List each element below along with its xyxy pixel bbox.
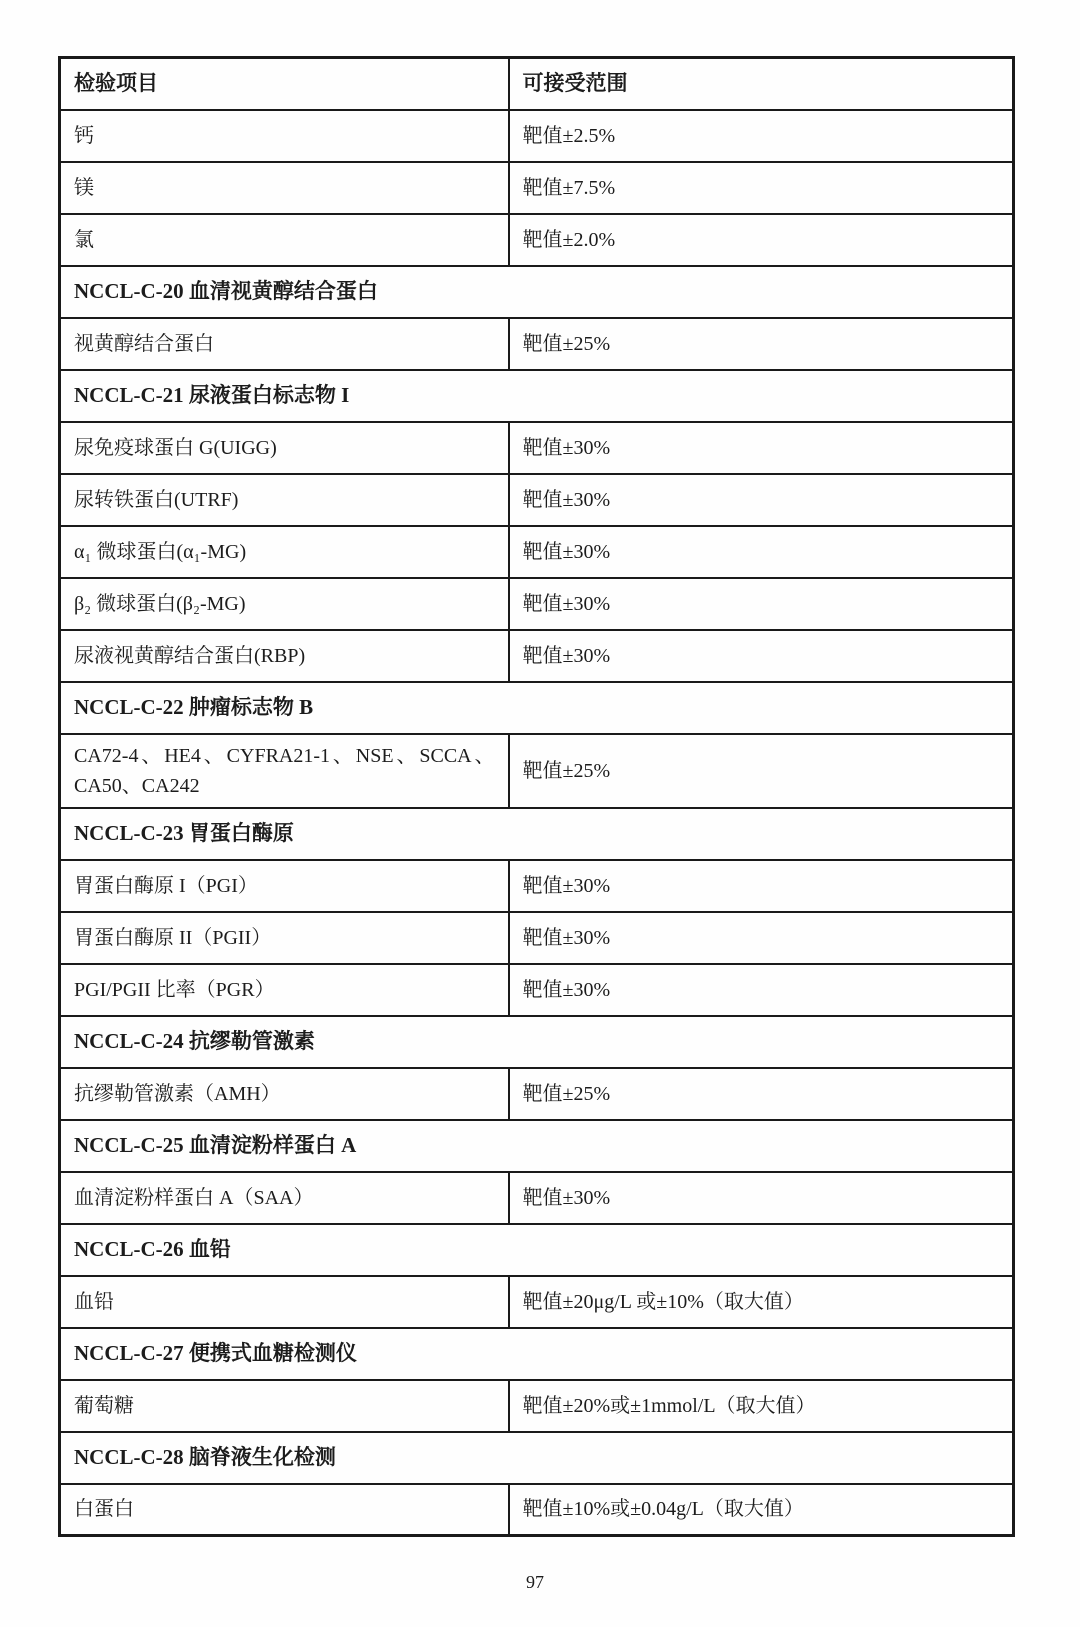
acceptable-range-cell: 靶值±30% bbox=[509, 526, 1014, 578]
acceptable-range-cell: 靶值±25% bbox=[509, 734, 1014, 808]
test-item-cell: 尿转铁蛋白(UTRF) bbox=[60, 474, 509, 526]
acceptance-range-table: 检验项目 可接受范围 钙靶值±2.5%镁靶值±7.5%氯靶值±2.0%NCCL-… bbox=[58, 56, 1015, 1537]
section-row: NCCL-C-25 血清淀粉样蛋白 A bbox=[60, 1120, 1014, 1172]
test-item-cell: 胃蛋白酶原 I（PGI） bbox=[60, 860, 509, 912]
acceptable-range-cell: 靶值±30% bbox=[509, 474, 1014, 526]
test-item-cell: 钙 bbox=[60, 110, 509, 162]
data-row: 尿转铁蛋白(UTRF)靶值±30% bbox=[60, 474, 1014, 526]
acceptable-range-cell: 靶值±25% bbox=[509, 318, 1014, 370]
section-label: NCCL-C-27 便携式血糖检测仪 bbox=[60, 1328, 1014, 1380]
data-row: CA72-4、HE4、CYFRA21-1、NSE、SCCA、CA50、CA242… bbox=[60, 734, 1014, 808]
acceptable-range-cell: 靶值±30% bbox=[509, 912, 1014, 964]
column-header-test-item: 检验项目 bbox=[60, 58, 509, 110]
section-label: NCCL-C-20 血清视黄醇结合蛋白 bbox=[60, 266, 1014, 318]
data-row: 血铅靶值±20μg/L 或±10%（取大值） bbox=[60, 1276, 1014, 1328]
section-label: NCCL-C-22 肿瘤标志物 B bbox=[60, 682, 1014, 734]
section-row: NCCL-C-22 肿瘤标志物 B bbox=[60, 682, 1014, 734]
acceptable-range-cell: 靶值±30% bbox=[509, 1172, 1014, 1224]
test-item-cell: 镁 bbox=[60, 162, 509, 214]
data-row: 钙靶值±2.5% bbox=[60, 110, 1014, 162]
test-item-cell: 视黄醇结合蛋白 bbox=[60, 318, 509, 370]
acceptable-range-cell: 靶值±30% bbox=[509, 860, 1014, 912]
acceptable-range-cell: 靶值±30% bbox=[509, 964, 1014, 1016]
section-label: NCCL-C-24 抗缪勒管激素 bbox=[60, 1016, 1014, 1068]
test-item-cell: β₂ 微球蛋白(β₂-MG) bbox=[60, 578, 509, 630]
section-row: NCCL-C-21 尿液蛋白标志物 I bbox=[60, 370, 1014, 422]
test-item-cell: 尿液视黄醇结合蛋白(RBP) bbox=[60, 630, 509, 682]
acceptable-range-cell: 靶值±20%或±1mmol/L（取大值） bbox=[509, 1380, 1014, 1432]
data-row: 视黄醇结合蛋白靶值±25% bbox=[60, 318, 1014, 370]
column-header-acceptable-range: 可接受范围 bbox=[509, 58, 1014, 110]
section-label: NCCL-C-23 胃蛋白酶原 bbox=[60, 808, 1014, 860]
test-item-cell: 血铅 bbox=[60, 1276, 509, 1328]
test-item-cell: 氯 bbox=[60, 214, 509, 266]
section-label: NCCL-C-28 脑脊液生化检测 bbox=[60, 1432, 1014, 1484]
test-item-cell: 血清淀粉样蛋白 A（SAA） bbox=[60, 1172, 509, 1224]
test-item-cell: α₁ 微球蛋白(α₁-MG) bbox=[60, 526, 509, 578]
test-item-cell: 白蛋白 bbox=[60, 1484, 509, 1536]
acceptable-range-cell: 靶值±2.5% bbox=[509, 110, 1014, 162]
data-row: 抗缪勒管激素（AMH）靶值±25% bbox=[60, 1068, 1014, 1120]
acceptable-range-cell: 靶值±30% bbox=[509, 630, 1014, 682]
data-row: 葡萄糖靶值±20%或±1mmol/L（取大值） bbox=[60, 1380, 1014, 1432]
test-item-cell: 尿免疫球蛋白 G(UIGG) bbox=[60, 422, 509, 474]
test-item-cell: 抗缪勒管激素（AMH） bbox=[60, 1068, 509, 1120]
section-row: NCCL-C-26 血铅 bbox=[60, 1224, 1014, 1276]
document-page: 检验项目 可接受范围 钙靶值±2.5%镁靶值±7.5%氯靶值±2.0%NCCL-… bbox=[0, 0, 1080, 1627]
data-row: 尿液视黄醇结合蛋白(RBP)靶值±30% bbox=[60, 630, 1014, 682]
data-row: β₂ 微球蛋白(β₂-MG)靶值±30% bbox=[60, 578, 1014, 630]
section-row: NCCL-C-28 脑脊液生化检测 bbox=[60, 1432, 1014, 1484]
section-row: NCCL-C-27 便携式血糖检测仪 bbox=[60, 1328, 1014, 1380]
acceptable-range-cell: 靶值±10%或±0.04g/L（取大值） bbox=[509, 1484, 1014, 1536]
acceptable-range-cell: 靶值±30% bbox=[509, 422, 1014, 474]
acceptable-range-cell: 靶值±20μg/L 或±10%（取大值） bbox=[509, 1276, 1014, 1328]
table-header: 检验项目 可接受范围 bbox=[60, 58, 1014, 110]
section-label: NCCL-C-25 血清淀粉样蛋白 A bbox=[60, 1120, 1014, 1172]
data-row: 氯靶值±2.0% bbox=[60, 214, 1014, 266]
data-row: 镁靶值±7.5% bbox=[60, 162, 1014, 214]
header-row: 检验项目 可接受范围 bbox=[60, 58, 1014, 110]
test-item-cell: CA72-4、HE4、CYFRA21-1、NSE、SCCA、CA50、CA242 bbox=[60, 734, 509, 808]
data-row: 白蛋白靶值±10%或±0.04g/L（取大值） bbox=[60, 1484, 1014, 1536]
test-item-cell: 葡萄糖 bbox=[60, 1380, 509, 1432]
section-row: NCCL-C-23 胃蛋白酶原 bbox=[60, 808, 1014, 860]
acceptable-range-cell: 靶值±30% bbox=[509, 578, 1014, 630]
table-body: 钙靶值±2.5%镁靶值±7.5%氯靶值±2.0%NCCL-C-20 血清视黄醇结… bbox=[60, 110, 1014, 1536]
test-item-cell: 胃蛋白酶原 II（PGII） bbox=[60, 912, 509, 964]
data-row: 尿免疫球蛋白 G(UIGG)靶值±30% bbox=[60, 422, 1014, 474]
data-row: α₁ 微球蛋白(α₁-MG)靶值±30% bbox=[60, 526, 1014, 578]
test-item-cell: PGI/PGII 比率（PGR） bbox=[60, 964, 509, 1016]
data-row: 血清淀粉样蛋白 A（SAA）靶值±30% bbox=[60, 1172, 1014, 1224]
acceptable-range-cell: 靶值±25% bbox=[509, 1068, 1014, 1120]
section-label: NCCL-C-21 尿液蛋白标志物 I bbox=[60, 370, 1014, 422]
data-row: PGI/PGII 比率（PGR）靶值±30% bbox=[60, 964, 1014, 1016]
section-row: NCCL-C-24 抗缪勒管激素 bbox=[60, 1016, 1014, 1068]
data-row: 胃蛋白酶原 I（PGI）靶值±30% bbox=[60, 860, 1014, 912]
section-row: NCCL-C-20 血清视黄醇结合蛋白 bbox=[60, 266, 1014, 318]
data-row: 胃蛋白酶原 II（PGII）靶值±30% bbox=[60, 912, 1014, 964]
acceptable-range-cell: 靶值±7.5% bbox=[509, 162, 1014, 214]
acceptable-range-cell: 靶值±2.0% bbox=[509, 214, 1014, 266]
section-label: NCCL-C-26 血铅 bbox=[60, 1224, 1014, 1276]
page-number: 97 bbox=[58, 1572, 1012, 1593]
